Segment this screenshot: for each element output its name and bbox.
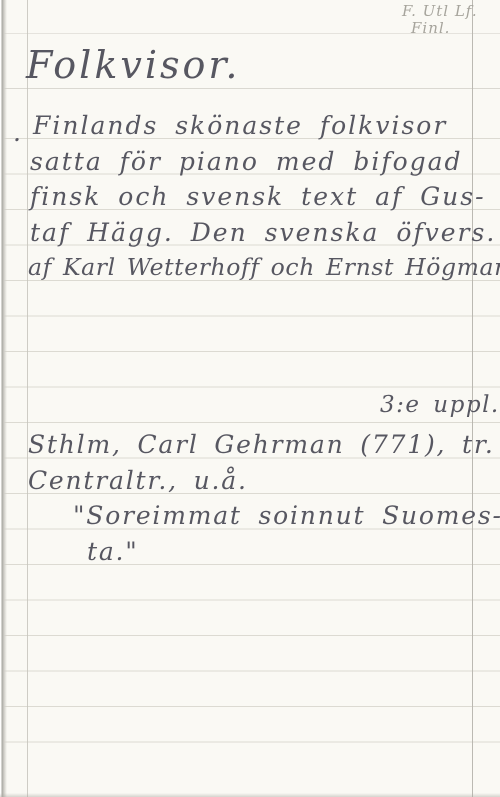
entry-line: satta för piano med bifogad <box>30 149 463 174</box>
catalog-card: F. Utl Lf. Finl. Folkvisor. . Finlands s… <box>0 0 500 797</box>
entry-line: af Karl Wetterhoff och Ernst Högman. <box>28 256 500 280</box>
classification-note: F. Utl Lf. Finl. <box>402 3 478 37</box>
ruled-line-title <box>0 88 500 89</box>
finnish-title-quote-line: ta." <box>87 539 139 564</box>
scan-edge-bottom <box>0 793 500 797</box>
edition-note: 3:e uppl. <box>380 394 500 417</box>
entry-line: Finlands skönaste folkvisor <box>33 113 447 138</box>
entry-line: finsk och svensk text af Gus- <box>30 184 486 209</box>
imprint-line: Sthlm, Carl Gehrman (771), tr. <box>28 432 495 457</box>
margin-line-left <box>27 0 28 797</box>
imprint-line: Centraltr., u.å. <box>28 468 248 493</box>
entry-lead-mark: . <box>13 120 21 145</box>
card-title: Folkvisor. <box>26 46 240 84</box>
classification-country: Finl. <box>411 20 478 37</box>
classification-code: F. Utl Lf. <box>402 2 478 20</box>
scan-edge-left <box>0 0 7 797</box>
finnish-title-quote-line: "Soreimmat soinnut Suomes- <box>73 503 500 528</box>
entry-line: taf Hägg. Den svenska öfvers. <box>30 220 496 245</box>
